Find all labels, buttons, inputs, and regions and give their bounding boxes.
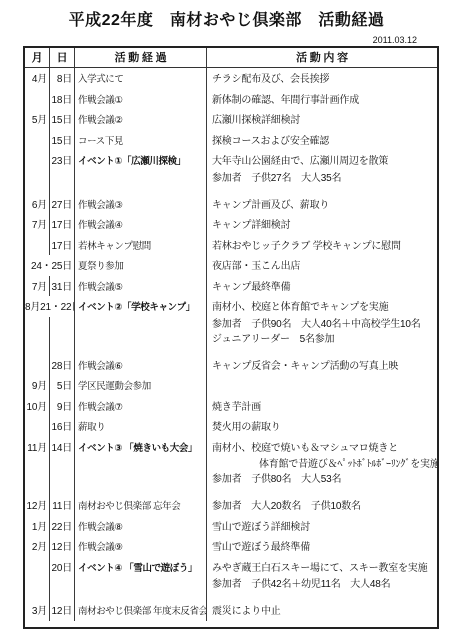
cell-month — [25, 130, 50, 151]
cell-day: 5日 — [50, 375, 75, 396]
cell-content: 雪山で遊ぼう詳細検討 — [207, 516, 437, 537]
cell-month: 7月 — [25, 276, 50, 297]
cell-day — [50, 457, 75, 472]
cell-activity: 学区民運動会参加 — [75, 375, 207, 396]
cell-content: みやぎ蔵王白石スキー場にて、スキー教室を実施 — [207, 557, 437, 578]
cell-month: 4月 — [25, 68, 50, 89]
cell-month: 11月 — [25, 437, 50, 458]
cell-month — [25, 472, 50, 495]
cell-content: ジュニアリーダー 5名参加 — [207, 332, 437, 355]
cell-activity — [75, 317, 207, 332]
page-title: 平成22年度 南材おやじ倶楽部 活動経過 — [0, 0, 453, 30]
header-day: 日 — [50, 48, 75, 68]
cell-activity: 夏祭り参加 — [75, 255, 207, 276]
cell-day — [50, 332, 75, 355]
cell-activity: 作戦会議② — [75, 109, 207, 130]
cell-day: 11日 — [50, 495, 75, 516]
cell-content: 夜店部・玉こん出店 — [207, 255, 437, 276]
cell-month: 7月 — [25, 214, 50, 235]
cell-month: 3月 — [25, 600, 50, 621]
cell-content: チラシ配布及び、会長挨拶 — [207, 68, 437, 89]
cell-activity: 作戦会議⑤ — [75, 276, 207, 297]
cell-content: 探検コースおよび安全確認 — [207, 130, 437, 151]
cell-content: 焼き芋計画 — [207, 396, 437, 417]
cell-activity — [75, 577, 207, 600]
cell-month-day: 24・25日 — [25, 255, 75, 276]
cell-month — [25, 317, 50, 332]
activity-table: 月 日 活 動 経 過 活 動 内 容 4月8日入学式にてチラシ配布及び、会長挨… — [23, 46, 439, 629]
document-page: 平成22年度 南材おやじ倶楽部 活動経過 2011.03.12 月 日 活 動 … — [0, 0, 453, 640]
cell-day: 12日 — [50, 600, 75, 621]
cell-activity: 南材おやじ倶楽部 年度末反省会 — [75, 600, 207, 621]
cell-day: 20日 — [50, 557, 75, 578]
cell-activity: 入学式にて — [75, 68, 207, 89]
cell-activity — [75, 472, 207, 495]
cell-activity: 作戦会議④ — [75, 214, 207, 235]
cell-content: 焚火用の薪取り — [207, 416, 437, 437]
cell-content: 南材小、校庭で焼いも＆マシュマロ焼きと — [207, 437, 437, 458]
cell-content: 参加者 大人20数名 子供10数名 — [207, 495, 437, 516]
cell-day: 18日 — [50, 89, 75, 110]
cell-month — [25, 577, 50, 600]
cell-activity: 作戦会議⑧ — [75, 516, 207, 537]
cell-day: 15日 — [50, 109, 75, 130]
cell-content: キャンプ反省会・キャンプ活動の写真上映 — [207, 355, 437, 376]
cell-day: 28日 — [50, 355, 75, 376]
cell-month: 5月 — [25, 109, 50, 130]
cell-content: キャンプ詳細検討 — [207, 214, 437, 235]
cell-month: 10月 — [25, 396, 50, 417]
cell-activity — [75, 332, 207, 355]
cell-month: 12月 — [25, 495, 50, 516]
cell-month-day: 8月21・22日 — [25, 296, 75, 317]
cell-month: 6月 — [25, 194, 50, 215]
cell-activity — [75, 457, 207, 472]
cell-content: 広瀬川探検詳細検討 — [207, 109, 437, 130]
date-stamp: 2011.03.12 — [0, 35, 417, 45]
cell-activity: イベント③ 「焼きいも大会」 — [75, 437, 207, 458]
cell-activity: 南材おやじ倶楽部 忘年会 — [75, 495, 207, 516]
cell-day — [50, 317, 75, 332]
cell-content: 参加者 子供80名 大人53名 — [207, 472, 437, 495]
header-content: 活 動 内 容 — [207, 48, 437, 68]
cell-month — [25, 89, 50, 110]
cell-activity: コース下見 — [75, 130, 207, 151]
cell-activity: イベント④ 「雪山で遊ぼう」 — [75, 557, 207, 578]
cell-month — [25, 332, 50, 355]
cell-day — [50, 577, 75, 600]
cell-day: 22日 — [50, 516, 75, 537]
cell-content: 震災により中止 — [207, 600, 437, 621]
cell-activity: イベント①「広瀬川探検」 — [75, 150, 207, 171]
cell-activity: イベント②「学校キャンプ」 — [75, 296, 207, 317]
cell-content: 体育館で昔遊び＆ﾍﾟｯﾄﾎﾞﾄﾙﾎﾞｰﾘﾝｸﾞを実施 — [207, 457, 437, 472]
cell-month: 1月 — [25, 516, 50, 537]
cell-day — [50, 472, 75, 495]
header-month: 月 — [25, 48, 50, 68]
cell-month: 9月 — [25, 375, 50, 396]
cell-day: 15日 — [50, 130, 75, 151]
cell-activity: 作戦会議⑥ — [75, 355, 207, 376]
cell-content: キャンプ最終準備 — [207, 276, 437, 297]
cell-activity: 薪取り — [75, 416, 207, 437]
cell-day: 23日 — [50, 150, 75, 171]
cell-activity: 作戦会議⑦ — [75, 396, 207, 417]
cell-content: 若林おやじッ子クラブ 学校キャンプに慰問 — [207, 235, 437, 256]
cell-month: 2月 — [25, 536, 50, 557]
cell-month — [25, 150, 50, 171]
cell-content: キャンプ計画及び、薪取り — [207, 194, 437, 215]
cell-content: 雪山で遊ぼう最終準備 — [207, 536, 437, 557]
cell-day: 8日 — [50, 68, 75, 89]
cell-month — [25, 557, 50, 578]
cell-activity: 若林キャンプ慰問 — [75, 235, 207, 256]
cell-day: 16日 — [50, 416, 75, 437]
cell-month — [25, 235, 50, 256]
cell-day: 17日 — [50, 214, 75, 235]
cell-content: 新体制の確認、年間行事計画作成 — [207, 89, 437, 110]
cell-content: 参加者 子供90名 大人40名＋中高校学生10名 — [207, 317, 437, 332]
cell-month — [25, 457, 50, 472]
header-progress: 活 動 経 過 — [75, 48, 207, 68]
cell-day — [50, 171, 75, 194]
cell-month — [25, 171, 50, 194]
cell-month — [25, 355, 50, 376]
cell-content: 大年寺山公園経由で、広瀬川周辺を散策 — [207, 150, 437, 171]
cell-activity: 作戦会議⑨ — [75, 536, 207, 557]
cell-content: 参加者 子供27名 大人35名 — [207, 171, 437, 194]
cell-activity: 作戦会議③ — [75, 194, 207, 215]
cell-content — [207, 375, 437, 396]
cell-content: 南材小、校庭と体育館でキャンプを実施 — [207, 296, 437, 317]
cell-day: 12日 — [50, 536, 75, 557]
cell-day: 14日 — [50, 437, 75, 458]
cell-activity: 作戦会議① — [75, 89, 207, 110]
cell-day: 9日 — [50, 396, 75, 417]
cell-month — [25, 416, 50, 437]
cell-activity — [75, 171, 207, 194]
cell-day: 17日 — [50, 235, 75, 256]
cell-day: 27日 — [50, 194, 75, 215]
cell-content: 参加者 子供42名＋幼児11名 大人48名 — [207, 577, 437, 600]
cell-day: 31日 — [50, 276, 75, 297]
